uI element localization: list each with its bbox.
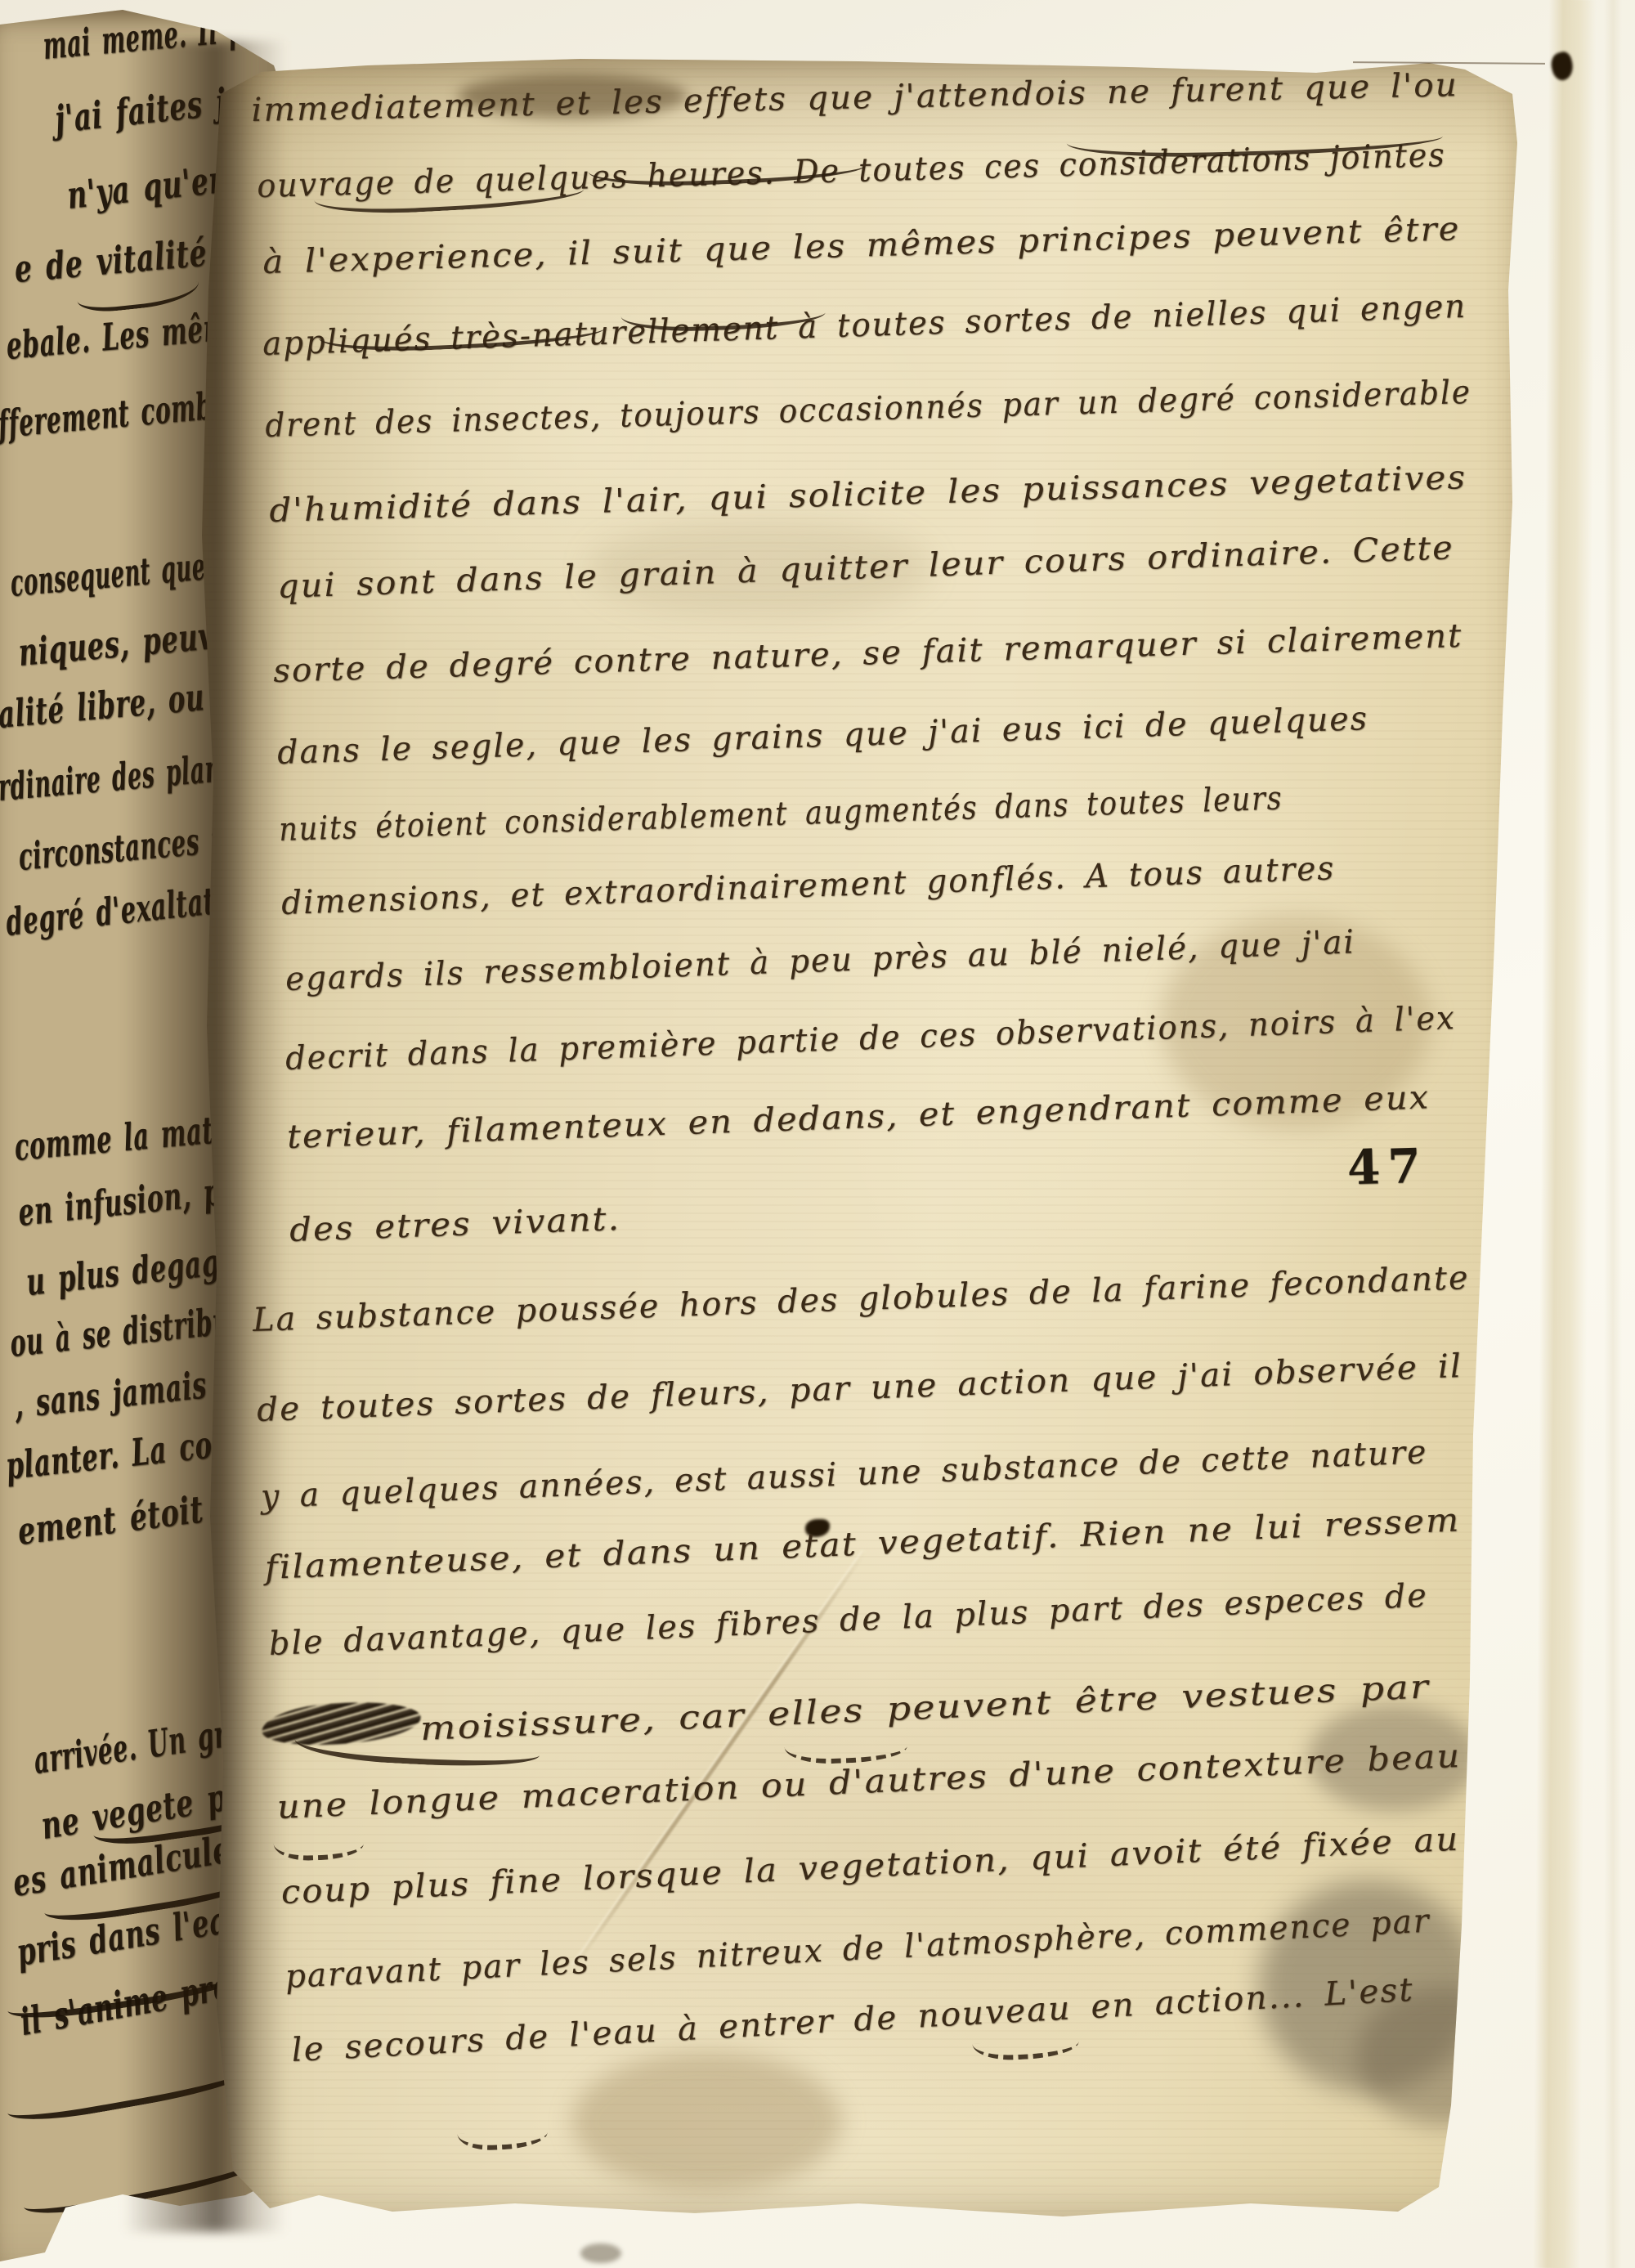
ink-dash-marks	[972, 2038, 1079, 2062]
manuscript-line: appliqués très-naturellement à toutes so…	[262, 287, 1467, 364]
manuscript-line: filamenteuse, et dans un etat vegetatif.…	[264, 1500, 1461, 1588]
manuscript-line: ble davantage, que les fibres de la plus…	[268, 1576, 1429, 1664]
ink-spot	[1548, 50, 1576, 83]
ink-dash-marks	[457, 2129, 548, 2152]
manuscript-line: qui sont dans le grain à quitter leur co…	[276, 528, 1454, 607]
manuscript-line: La substance poussée hors des globules d…	[252, 1258, 1470, 1340]
manuscript-page: immediatement et les effets que j'attend…	[196, 45, 1529, 2236]
manuscript-line: egards ils ressembloient à peu près au b…	[284, 922, 1355, 999]
manuscript-line: des etres vivant.	[289, 1199, 620, 1250]
paper-edge-hairline	[1353, 61, 1545, 65]
left-page-line: mai meme. Il par	[41, 5, 272, 67]
page-number: 47	[1346, 1142, 1428, 1192]
manuscript-line: drent des insectes, toujours occasionnés…	[265, 373, 1472, 446]
manuscript-line: de toutes sortes de fleurs, par une acti…	[256, 1347, 1463, 1430]
underlying-sheet-edge	[1533, 0, 1596, 2268]
paper-stain	[580, 2243, 621, 2263]
manuscript-line: dimensions, et extraordinairement gonflé…	[280, 849, 1335, 923]
ink-dash-marks	[274, 1840, 365, 1862]
manuscript-photo-scene: mai meme. Il par j'ai faites juge n'ya q…	[0, 0, 1635, 2268]
manuscript-line: nuits étoient considerablement augmentés…	[278, 778, 1283, 849]
manuscript-line: moisissure, car elles peuvent être vestu…	[419, 1667, 1431, 1749]
manuscript-line: à l'experience, il suit que les mêmes pr…	[262, 209, 1461, 282]
manuscript-line: terieur, filamenteux en dedans, et engen…	[286, 1078, 1430, 1157]
manuscript-line: immediatement et les effets que j'attend…	[251, 65, 1458, 130]
manuscript-line: sorte de degré contre nature, se fait re…	[273, 616, 1463, 691]
manuscript-line: coup plus fine lorsque la vegetation, qu…	[280, 1820, 1460, 1912]
manuscript-line: d'humidité dans l'air, qui solicite les …	[269, 458, 1467, 531]
manuscript-line: y a quelques années, est aussi une subst…	[260, 1432, 1428, 1517]
underlying-sheet-edge-2	[1604, 0, 1622, 2268]
paper-stain	[572, 2052, 842, 2191]
manuscript-line: dans le segle, que les grains que j'ai e…	[276, 699, 1368, 773]
manuscript-line: decrit dans la première partie de ces ob…	[284, 998, 1456, 1078]
